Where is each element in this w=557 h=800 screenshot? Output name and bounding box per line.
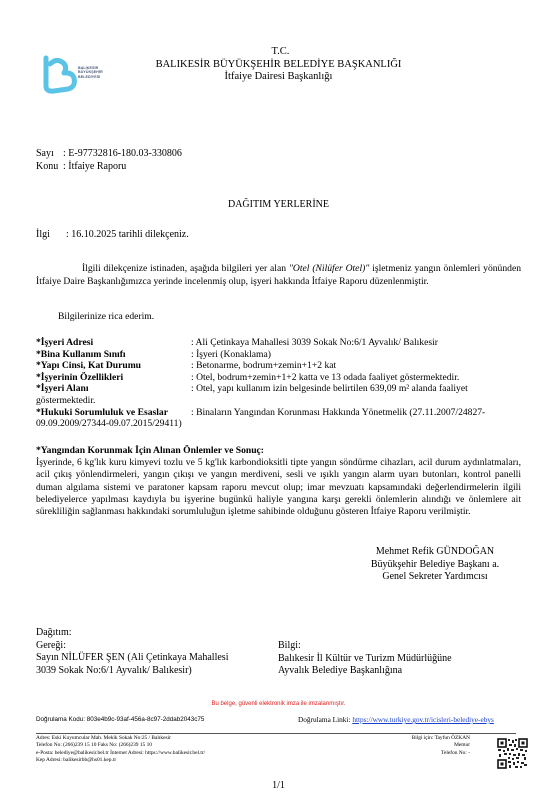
sayi-label: Sayı (36, 148, 63, 161)
info-value: : İşyeri (Konaklama) (191, 349, 271, 360)
distribution-right: Bilgi: Balıkesir İl Kültür ve Turizm Müd… (278, 640, 452, 678)
distribution-label: Dağıtım: (36, 627, 228, 640)
business-name: "Otel (Nilüfer Otel)" (289, 263, 369, 274)
info-value: : Otel, bodrum+zemin+1+2 katta ve 13 oda… (191, 372, 459, 383)
info-key: *İşyerinin Özellikleri (36, 372, 191, 384)
info-key: *Yapı Cinsi, Kat Durumu (36, 360, 191, 372)
info-key: *Bina Kullanım Sınıfı (36, 349, 191, 361)
page-number: 1/1 (0, 780, 557, 791)
body-text: İlgili dilekçenize istinaden, aşağıda bi… (82, 263, 289, 274)
header-department: İtfaiye Dairesi Başkanlığı (0, 71, 557, 84)
verification-link-row: Doğrulama Linki: https://www.turkiye.gov… (298, 715, 494, 724)
footer-contact: Adres: Eski Kuyumcular Mah. Mekik Sokak … (36, 735, 205, 765)
info-row: *Bina Kullanım Sınıfı: İşyeri (Konaklama… (36, 349, 526, 361)
gerekli-recipient: 3039 Sokak No:6/1 Ayvalık/ Balıkesir) (36, 665, 228, 678)
info-row: *İşyeri Adresi: Ali Çetinkaya Mahallesi … (36, 337, 526, 349)
ilgi-value: : 16.10.2025 tarihli dilekçeniz. (66, 229, 189, 240)
body-paragraph: İlgili dilekçenize istinaden, aşağıda bi… (36, 263, 521, 288)
qr-code-icon (497, 738, 528, 769)
signature-block: Mehmet Refik GÜNDOĞAN Büyükşehir Belediy… (360, 546, 510, 584)
contact-phone: Telefon No: - (380, 750, 470, 757)
konu-row: Konu: İtfaiye Raporu (36, 161, 182, 174)
gerekli-label: Gereği: (36, 640, 228, 653)
info-key: *İşyeri Alanı (36, 383, 191, 395)
bilgi-recipient: Ayvalık Belediye Başkanlığına (278, 665, 452, 678)
info-value: : Ali Çetinkaya Mahallesi 3039 Sokak No:… (191, 337, 438, 348)
bilgi-label: Bilgi: (278, 640, 452, 653)
recipient-title: DAĞITIM YERLERİNE (0, 199, 557, 210)
secure-signature-note: Bu belge, güvenli elektronik imza ile im… (0, 701, 557, 707)
info-row: *İşyerinin Özellikleri: Otel, bodrum+zem… (36, 372, 526, 384)
verification-code: Doğrulama Kodu: 803e4b9c-93af-456a-8c97-… (36, 716, 204, 723)
footer-email: e-Posta: belediye@balikesir.bel.tr İnter… (36, 750, 205, 757)
info-row: *İşyeri Alanı: Otel, yapı kullanım izin … (36, 383, 526, 406)
footer-kep: Kep Adresi: balikesirbb@hs01.kep.tr (36, 757, 205, 764)
info-key: *Hukuki Sorumluluk ve Esaslar (36, 407, 191, 419)
header-tc: T.C. (0, 46, 557, 59)
verification-code-label: Doğrulama Kodu: (36, 716, 85, 723)
contact-title: Memur (380, 742, 470, 749)
document-header: T.C. BALIKESİR BÜYÜKŞEHİR BELEDİYE BAŞKA… (0, 46, 557, 84)
gerekli-recipient: Sayın NİLÜFER ŞEN (Ali Çetinkaya Mahalle… (36, 652, 228, 665)
signer-name: Mehmet Refik GÜNDOĞAN (360, 546, 510, 559)
verification-code-value: 803e4b9c-93af-456a-8c97-2ddab2043c75 (87, 716, 205, 723)
measures-result: *Yangından Korunmak İçin Alınan Önlemler… (36, 445, 521, 518)
distribution-left: Dağıtım: Gereği: Sayın NİLÜFER ŞEN (Ali … (36, 627, 228, 677)
closing-request: Bilgilerinize rica ederim. (58, 311, 154, 322)
result-text: İşyerinde, 6 kg'lık kuru kimyevi tozlu v… (36, 457, 521, 518)
business-info: *İşyeri Adresi: Ali Çetinkaya Mahallesi … (36, 337, 526, 430)
contact-name: Bilgi için: Tayfun ÖZKAN (380, 735, 470, 742)
signer-subtitle: Genel Sekreter Yardımcısı (360, 571, 510, 584)
sayi-row: Sayı: E-97732816-180.03-330806 (36, 148, 182, 161)
info-key: *İşyeri Adresi (36, 337, 191, 349)
signer-title: Büyükşehir Belediye Başkanı a. (360, 559, 510, 572)
konu-value: : İtfaiye Raporu (63, 161, 126, 172)
verification-link-label: Doğrulama Linki: (298, 715, 351, 724)
konu-label: Konu (36, 161, 63, 174)
info-row: *Hukuki Sorumluluk ve Esaslar: Binaların… (36, 407, 526, 430)
footer-divider (36, 733, 516, 734)
bilgi-recipient: Balıkesir İl Kültür ve Turizm Müdürlüğün… (278, 653, 452, 666)
info-value: : Betonarme, bodrum+zemin+1+2 kat (191, 360, 336, 371)
sayi-value: : E-97732816-180.03-330806 (63, 148, 182, 159)
ilgi-row: İlgi: 16.10.2025 tarihli dilekçeniz. (36, 229, 189, 240)
header-institution: BALIKESİR BÜYÜKŞEHİR BELEDİYE BAŞKANLIĞI (0, 59, 557, 72)
footer-info-person: Bilgi için: Tayfun ÖZKAN Memur Telefon N… (380, 735, 470, 757)
result-title: *Yangından Korunmak İçin Alınan Önlemler… (36, 445, 521, 457)
ilgi-label: İlgi (36, 229, 66, 240)
info-row: *Yapı Cinsi, Kat Durumu: Betonarme, bodr… (36, 360, 526, 372)
document-meta: Sayı: E-97732816-180.03-330806 Konu: İtf… (36, 148, 182, 173)
footer-phone: Telefon No: (266)239 15 10 Faks No: (266… (36, 742, 205, 749)
verification-link[interactable]: https://www.turkiye.gov.tr/icisleri-bele… (352, 715, 494, 724)
